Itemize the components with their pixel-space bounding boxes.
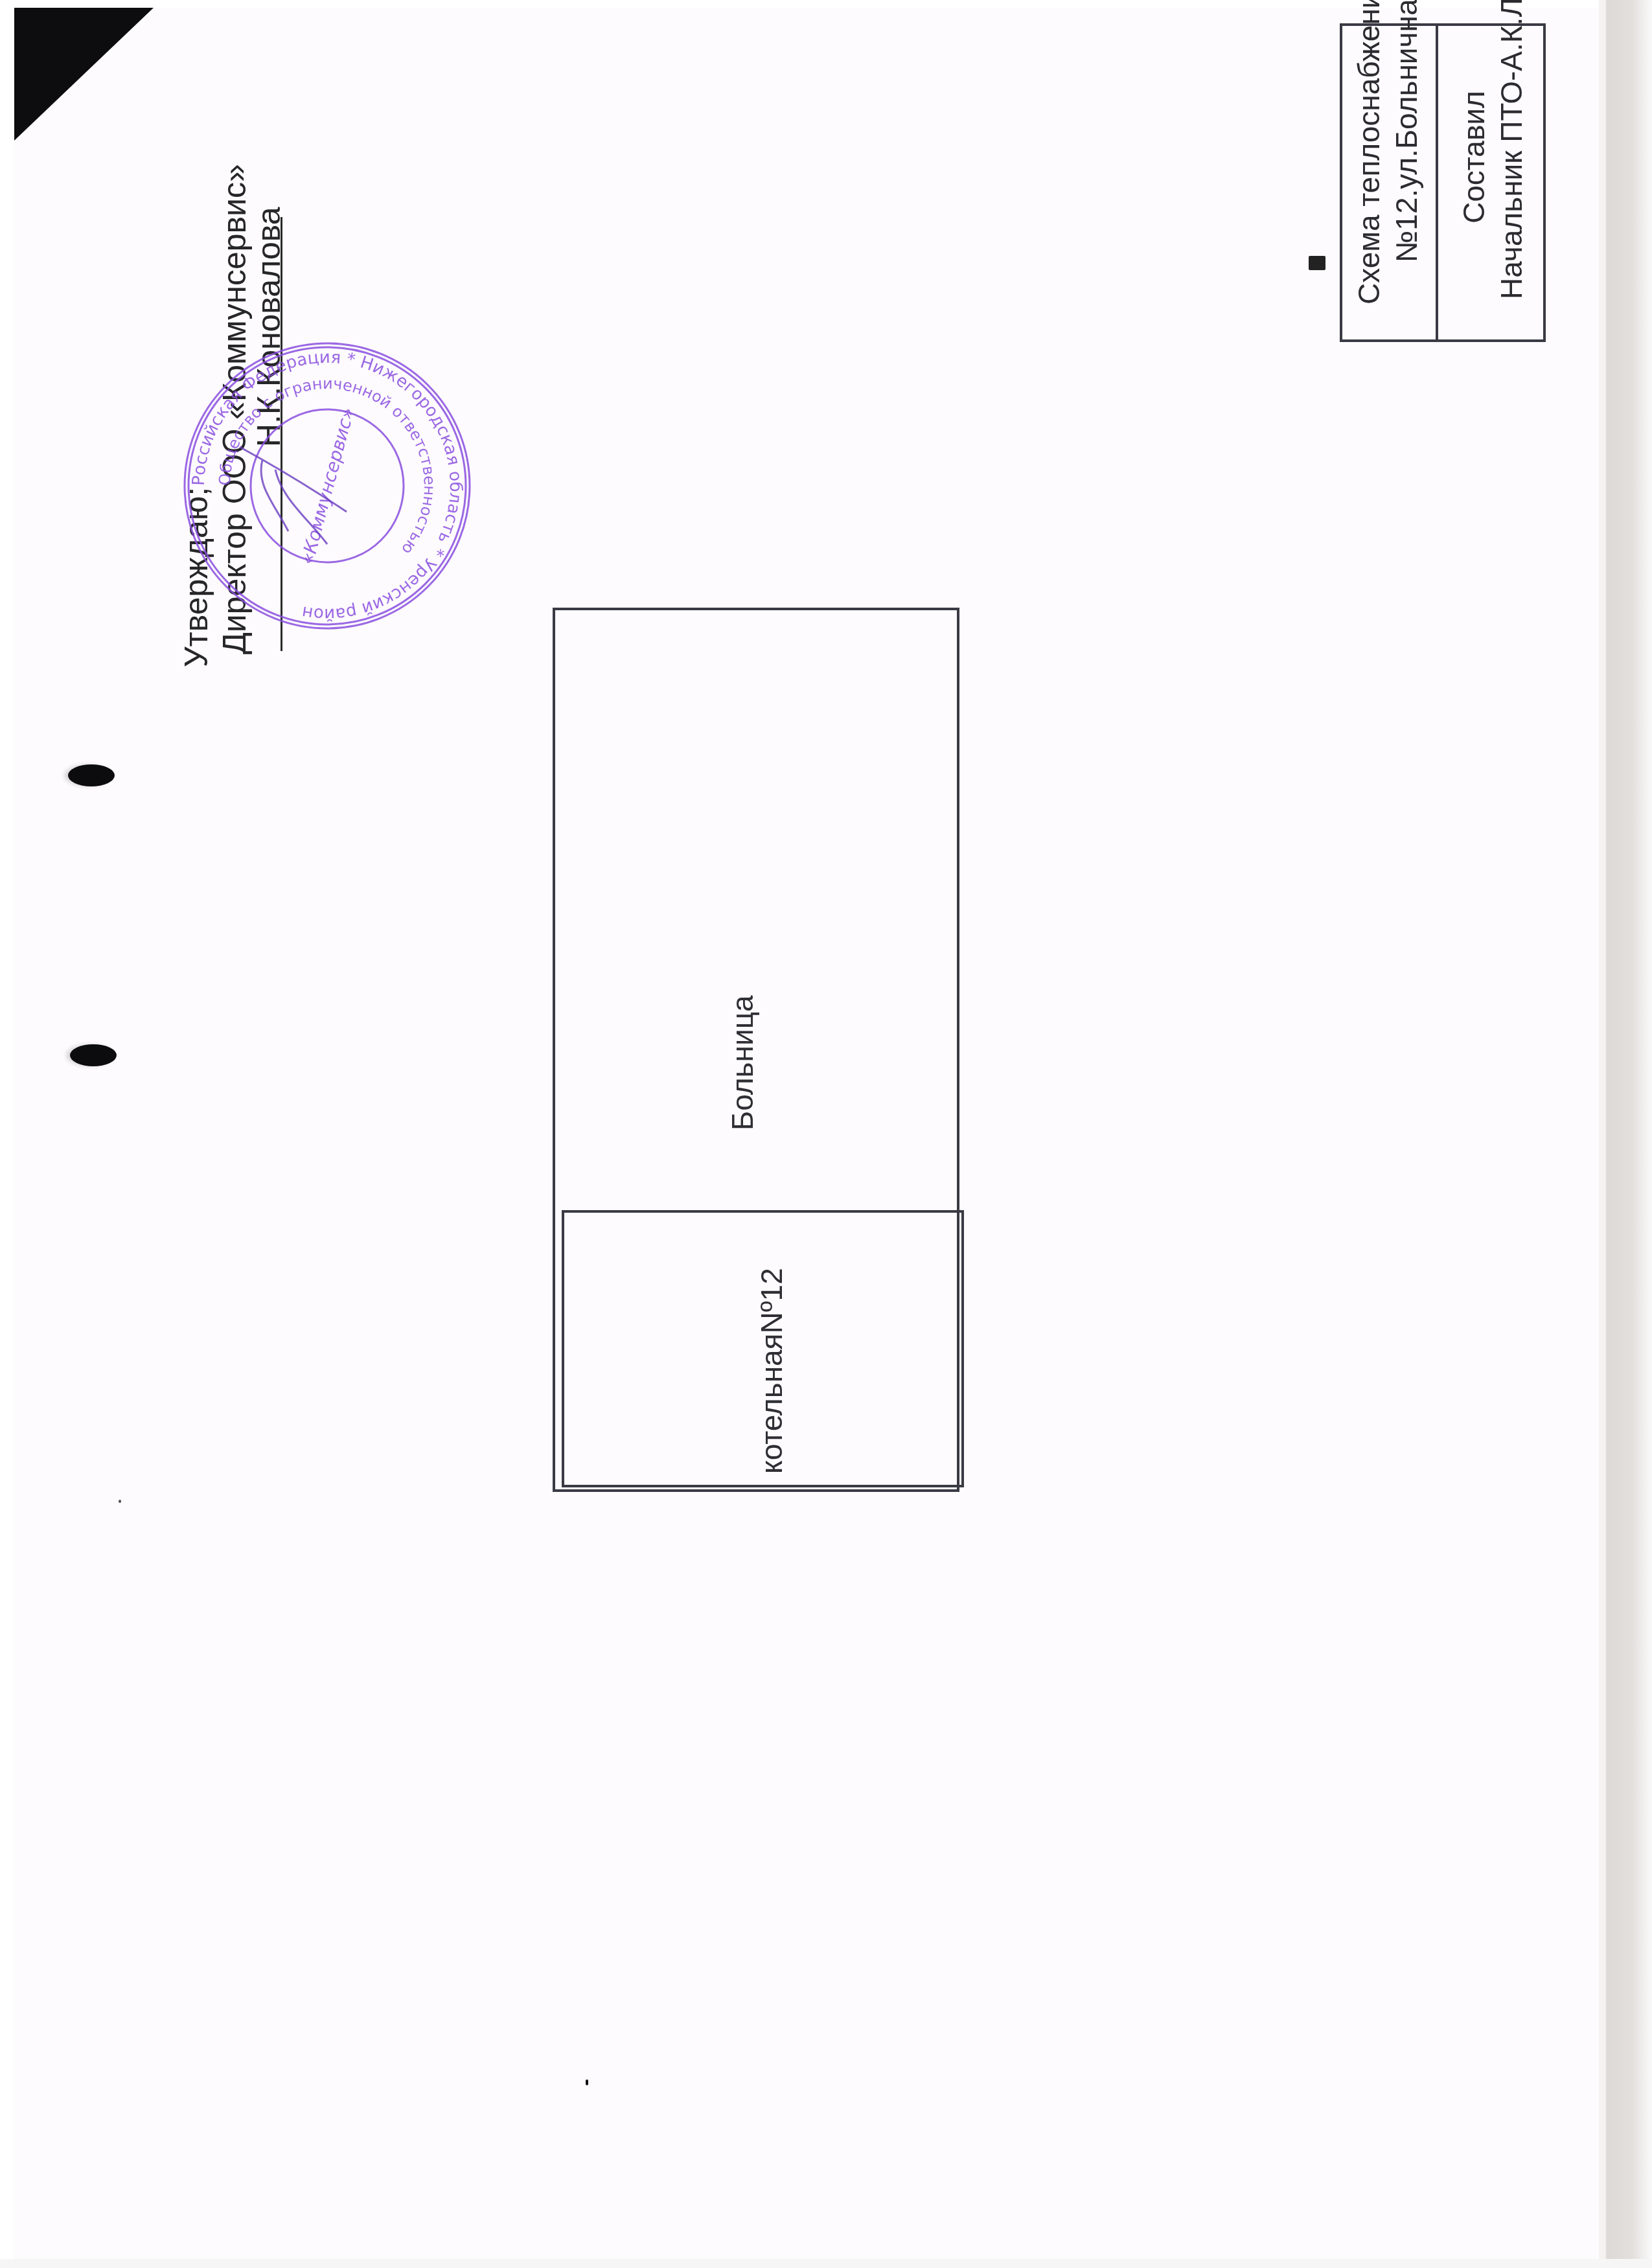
- scan-edge-bottom: [0, 2259, 1652, 2268]
- company-stamp: Российская Федерация * Нижегородская обл…: [178, 337, 476, 635]
- scan-edge-left: [0, 0, 14, 2268]
- scheme-title-line2: №12.ул.Больничная: [1392, 0, 1421, 262]
- speck: [119, 1500, 121, 1503]
- folded-corner: [14, 8, 154, 141]
- speck: [586, 2079, 588, 2085]
- hospital-label: Больница: [728, 995, 757, 1130]
- title-block-divider: [1436, 25, 1438, 342]
- scheme-title-line1: Схема теплоснабжения котельной: [1354, 0, 1384, 304]
- scan-edge-right: [1599, 0, 1652, 2268]
- boiler-room-label: котельнаяNº12: [757, 1268, 786, 1474]
- author-label: Составил: [1459, 91, 1489, 223]
- ink-blot: [1309, 256, 1325, 270]
- punch-hole: [70, 1044, 117, 1066]
- author-name: Начальник ПТО-А.К.Лебедев: [1497, 0, 1526, 299]
- punch-hole: [68, 764, 115, 786]
